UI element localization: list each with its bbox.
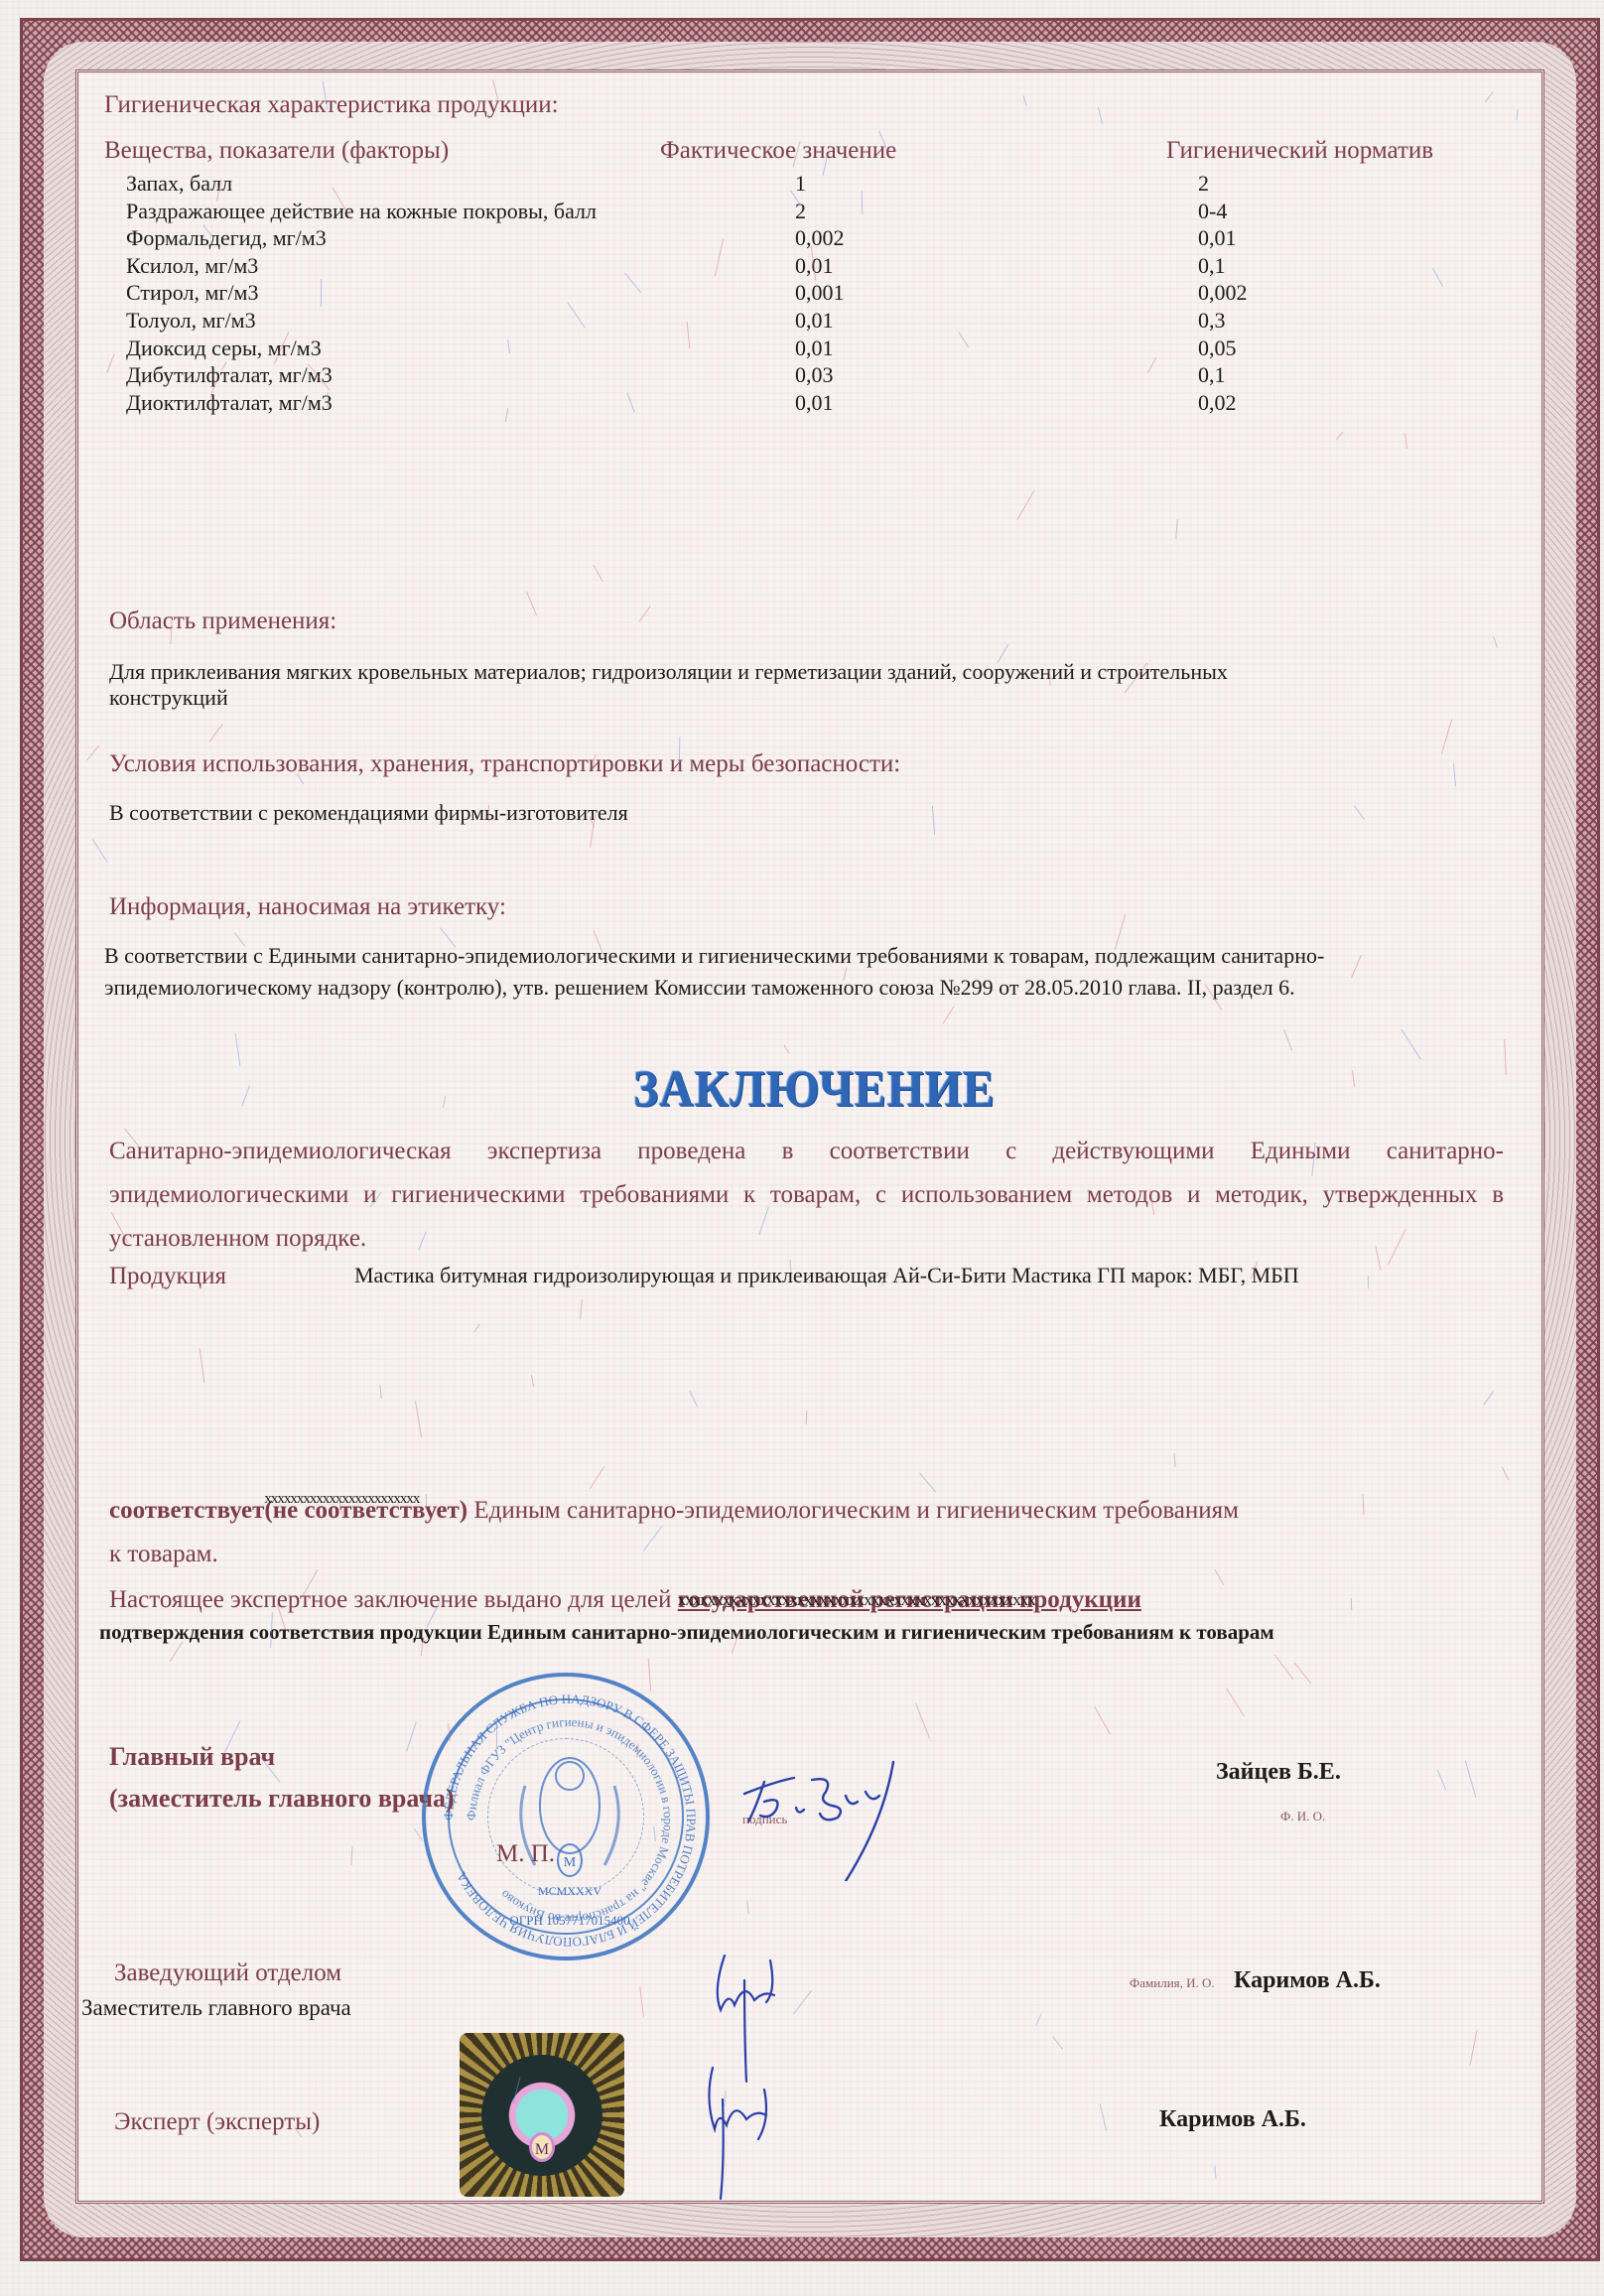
expert-name: Каримов А.Б. (1159, 2106, 1306, 2133)
column-header-factor: Вещества, показатели (факторы) (104, 137, 449, 165)
paper-fiber (320, 279, 321, 307)
requirements-text: Единым санитарно-эпидемиологическим и ги… (473, 1497, 1239, 1524)
chief-deputy-title: (заместитель главного врача) (109, 1784, 455, 1814)
paper-fiber (425, 1494, 426, 1509)
chief-doctor-title: Главный врач (109, 1742, 275, 1772)
norm-value-cell: 0,1 (1198, 362, 1226, 388)
actual-value-cell: 1 (795, 171, 806, 197)
factor-cell: Толуол, мг/м3 (126, 308, 256, 334)
scope-label: Область применения: (109, 608, 336, 635)
factor-cell: Ксилол, мг/м3 (126, 253, 258, 279)
signature-caption: подпись (742, 1812, 787, 1827)
factor-cell: Запах, балл (126, 171, 232, 197)
hygiene-title: Гигиеническая характеристика продукции: (104, 91, 559, 119)
issued-line: Настоящее экспертное заключение выдано д… (109, 1586, 1141, 1614)
paper-fiber (488, 805, 489, 822)
head-of-department-name: Каримов А.Б. (1234, 1967, 1381, 1994)
paper-fiber (1350, 1598, 1352, 1610)
factor-cell: Раздражающее действие на кожные покровы,… (126, 199, 597, 224)
head-of-department-title: Заведующий отделом (114, 1959, 341, 1987)
fio-caption: Ф. И. О. (1280, 1809, 1325, 1824)
issued-purpose: подтверждения соответствия продукции Еди… (99, 1620, 1274, 1645)
not-complies-struck: (не соответствует)xxxxxxxxxxxxxxxxxxxxxx… (264, 1497, 468, 1525)
conclusion-paragraph: Санитарно-эпидемиологическая экспертиза … (109, 1130, 1504, 1261)
issued-struck-purpose: государственной регистрации продукцииxxx… (678, 1586, 1141, 1614)
issued-prefix: Настоящее экспертное заключение выдано д… (109, 1586, 672, 1613)
expert-signature-icon (695, 2060, 784, 2204)
paper-fiber (496, 1723, 497, 1753)
stamp-place-caption: М. П. (496, 1840, 555, 1868)
factor-cell: Формальдегид, мг/м3 (126, 225, 327, 251)
norm-value-cell: 2 (1198, 171, 1209, 197)
hologram-seal-icon: M (460, 2033, 624, 2197)
product-label: Продукция (109, 1263, 226, 1290)
norm-value-cell: 0,02 (1198, 390, 1237, 416)
expert-title: Эксперт (эксперты) (114, 2108, 320, 2136)
paper-fiber (327, 392, 328, 407)
column-header-actual: Фактическое значение (660, 137, 896, 165)
actual-value-cell: 0,01 (795, 336, 834, 361)
label-info-label: Информация, наносимая на этикетку: (109, 893, 506, 921)
svg-text:MCMXXXV: MCMXXXV (538, 1884, 601, 1898)
norm-value-cell: 0,3 (1198, 308, 1226, 334)
hologram-letter: M (529, 2132, 555, 2162)
factor-cell: Стирол, мг/м3 (126, 280, 258, 306)
to-goods-text: к товарам. (109, 1541, 218, 1568)
svg-text:ФЕДЕРАЛЬНАЯ СЛУЖБА ПО НАДЗОРУ: ФЕДЕРАЛЬНАЯ СЛУЖБА ПО НАДЗОРУ В СФЕРЕ ЗА… (441, 1691, 699, 1950)
chief-doctor-name: Зайцев Б.Е. (1216, 1759, 1341, 1786)
norm-value-cell: 0,01 (1198, 225, 1237, 251)
actual-value-cell: 0,01 (795, 308, 834, 334)
scope-text-line2: конструкций (109, 685, 228, 711)
norm-value-cell: 0,002 (1198, 280, 1248, 306)
actual-value-cell: 0,03 (795, 362, 834, 388)
actual-value-cell: 0,01 (795, 390, 834, 416)
norm-value-cell: 0,05 (1198, 336, 1237, 361)
svg-text:M: M (564, 1855, 577, 1870)
stamp-emblem-icon: ФЕДЕРАЛЬНАЯ СЛУЖБА ПО НАДЗОРУ В СФЕРЕ ЗА… (426, 1677, 714, 1964)
actual-value-cell: 2 (795, 199, 806, 224)
official-stamp: ФЕДЕРАЛЬНАЯ СЛУЖБА ПО НАДЗОРУ В СФЕРЕ ЗА… (422, 1673, 710, 1960)
conditions-text: В соответствии с рекомендациями фирмы-из… (109, 800, 628, 826)
scope-text-line1: Для приклеивания мягких кровельных матер… (109, 659, 1228, 685)
norm-value-cell: 0,1 (1198, 253, 1226, 279)
label-info-line1: В соответствии с Едиными санитарно-эпиде… (104, 943, 1324, 969)
factor-cell: Дибутилфталат, мг/м3 (126, 362, 333, 388)
deputy-chief-title: Заместитель главного врача (81, 1995, 351, 2021)
complies-text: соответствует (109, 1497, 264, 1524)
factor-cell: Диоксид серы, мг/м3 (126, 336, 322, 361)
factor-cell: Диоктилфталат, мг/м3 (126, 390, 333, 416)
strike-marks-long: xxxxxxxxxxxxxxxxxxxxxxxxxxxxxxxxxxxxxxxx… (678, 1590, 1035, 1610)
label-info-line2: эпидемиологическому надзору (контролю), … (104, 975, 1295, 1001)
strike-marks: xxxxxxxxxxxxxxxxxxxxxxxx (264, 1491, 419, 1508)
conditions-label: Условия использования, хранения, транспо… (109, 750, 900, 778)
norm-value-cell: 0-4 (1198, 199, 1227, 224)
paper-fiber (1367, 1276, 1368, 1288)
head-fio-caption: Фамилия, И. О. (1130, 1975, 1215, 1991)
actual-value-cell: 0,001 (795, 280, 845, 306)
conclusion-heading: ЗАКЛЮЧЕНИЕ (633, 1060, 996, 1119)
compliance-line: соответствует(не соответствует)xxxxxxxxx… (109, 1497, 1239, 1525)
column-header-norm: Гигиенический норматив (1166, 137, 1433, 165)
product-value: Мастика битумная гидроизолирующая и прик… (354, 1263, 1299, 1288)
actual-value-cell: 0,002 (795, 225, 845, 251)
certificate-page: Гигиеническая характеристика продукции: … (0, 0, 1604, 2296)
svg-text:ОГРН 1057717015400: ОГРН 1057717015400 (509, 1913, 629, 1928)
